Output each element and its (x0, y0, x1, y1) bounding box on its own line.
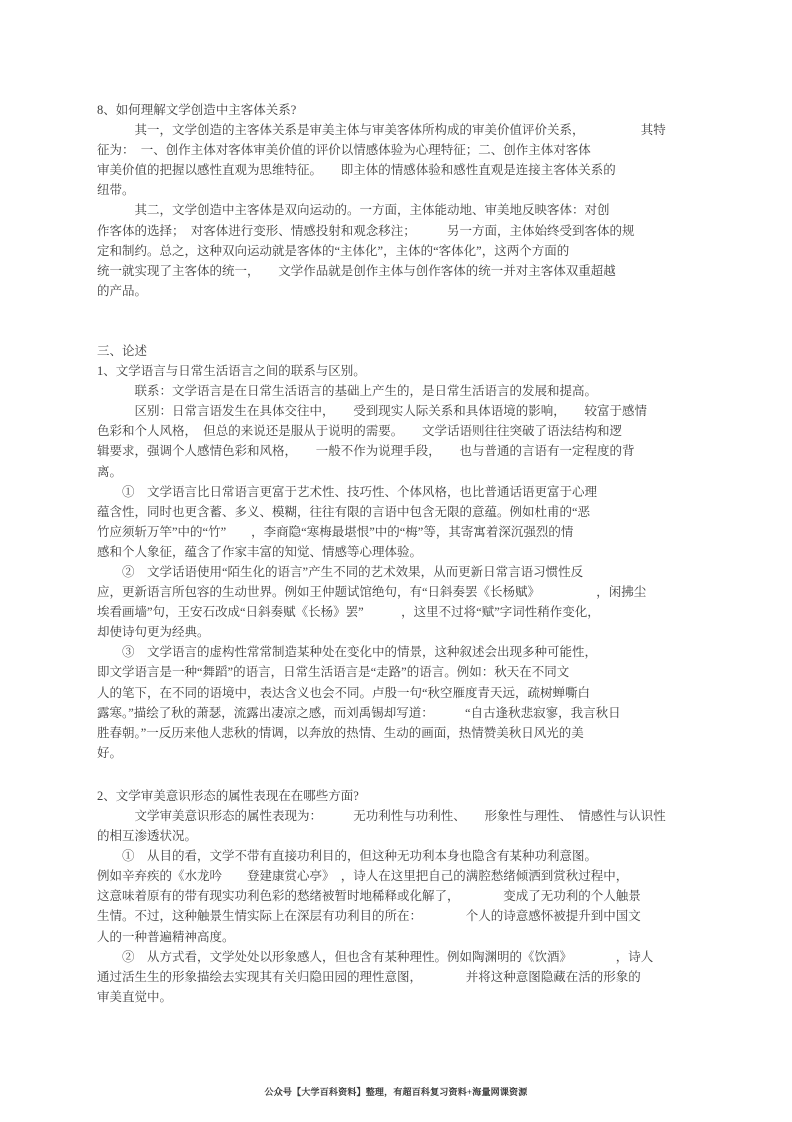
document-page: 8、如何理解文学创造中主客体关系? 其一，文学创造的主客体关系是审美主体与审美客… (0, 0, 792, 1122)
text-line: 感和个人象征，蕴含了作家丰富的知觉、情感等心理体验。 (97, 542, 699, 562)
text-line: 其一，文学创造的主客体关系是审美主体与审美客体所构成的审美价值评价关系， 其特 (97, 120, 699, 140)
text-line: 定和制约。总之，这种双向运动就是客体的“主体化”，主体的“客体化”，这两个方面的 (97, 241, 699, 261)
text-line: ③ 文学语言的虚构性常常制造某种处在变化中的情景，这种叙述会出现多种可能性， (97, 642, 699, 662)
text-line: 应，更新语言所包容的生动世界。例如王仲题试馆绝句，有“日斜奏罢《长杨赋》 ，闲拂… (97, 582, 699, 602)
text-line: ① 文学语言比日常语言更富于艺术性、技巧性、个体风格，也比普通话语更富于心理 (97, 482, 699, 502)
text-line: 离。 (97, 462, 699, 482)
text-line: 这意味着原有的带有现实功利色彩的愁绪被暂时地稀释或化解了， 变成了无功利的个人触… (97, 886, 699, 906)
text-line: ② 文学话语使用“陌生化的语言”产生不同的艺术效果，从而更新日常言语习惯性反 (97, 562, 699, 582)
paragraph-gap (97, 763, 699, 786)
text-line: 其二，文学创造中主客体是双向运动的。一方面，主体能动地、审美地反映客体：对创 (97, 200, 699, 220)
text-line: 色彩和个人风格， 但总的来说还是服从于说明的需要。 文学话语则往往突破了语法结构… (97, 421, 699, 441)
text-line: 文学审美意识形态的属性表现为： 无功利性与功利性、 形象性与理性、 情感性与认识… (97, 806, 699, 826)
text-line: 辑要求，强调个人感情色彩和风格， 一般不作为说理手段， 也与普通的言语有一定程度… (97, 441, 699, 461)
text-line: 人的笔下，在不同的语境中，表达含义也会不同。卢殷一句“秋空雁度青天远，疏树蝉嘶白 (97, 683, 699, 703)
text-line: 的相互渗透状况。 (97, 826, 699, 846)
text-line: 蕴含性，同时也更含蓄、多义、模糊，往往有限的言语中包含无限的意蕴。例如杜甫的“恶 (97, 502, 699, 522)
text-line: 8、如何理解文学创造中主客体关系? (97, 100, 699, 120)
text-line: 埃看画墙”句，王安石改成“日斜奏赋《长杨》罢” ，这里不过将“赋”字词性稍作变化… (97, 602, 699, 622)
text-line: 联系：文学语言是在日常生活语言的基础上产生的，是日常生活语言的发展和提高。 (97, 381, 699, 401)
paragraph-gap (97, 301, 699, 341)
text-line: 统一就实现了主客体的统一， 文学作品就是创作主体与创作客体的统一并对主客体双重超… (97, 261, 699, 281)
text-line: ① 从目的看，文学不带有直接功利目的，但这种无功利本身也隐含有某种功利意图。 (97, 846, 699, 866)
text-line: 2、文学审美意识形态的属性表现在在哪些方面? (97, 786, 699, 806)
text-line: 露寒。”描绘了秋的萧瑟，流露出凄凉之感，而刘禹锡却写道： “自古逢秋悲寂寥，我言… (97, 703, 699, 723)
text-line: 却使诗句更为经典。 (97, 622, 699, 642)
text-line: 征为： 一、创作主体对客体审美价值的评价以情感体验为心理特征；二、创作主体对客体 (97, 140, 699, 160)
text-line: 的产品。 (97, 281, 699, 301)
text-line: 三、论述 (97, 341, 699, 361)
text-line: 作客体的选择； 对客体进行变形、情感投射和观念移注； 另一方面，主体始终受到客体… (97, 221, 699, 241)
text-line: 1、文学语言与日常生活语言之间的联系与区别。 (97, 361, 699, 381)
text-line: ② 从方式看，文学处处以形象感人，但也含有某种理性。例如陶渊明的《饮酒》 ，诗人 (97, 947, 699, 967)
text-line: 审美价值的把握以感性直观为思维特征。 即主体的情感体验和感性直观是连接主客体关系… (97, 160, 699, 180)
text-line: 好。 (97, 743, 699, 763)
text-line: 例如辛弃疾的《水龙吟 登建康赏心亭》 ，诗人在这里把自己的满腔愁绪倾洒到赏秋过程… (97, 866, 699, 886)
text-line: 即文学语言是一种“舞蹈”的语言，日常生活语言是“走路”的语言。例如：秋天在不同文 (97, 662, 699, 682)
footer-note: 公众号【大学百科资料】整理，有超百科复习资料+海量网课资源 (0, 1085, 792, 1098)
text-line: 竹应须斩万竿”中的“竹” ，李商隐“寒梅最堪恨”中的“梅”等，其寄寓着深沉强烈的… (97, 522, 699, 542)
text-line: 区别：日常言语发生在具体交往中， 受到现实人际关系和具体语境的影响， 较富于感情 (97, 401, 699, 421)
text-line: 通过活生生的形象描绘去实现其有关归隐田园的理性意图， 并将这种意图隐藏在活的形象… (97, 967, 699, 987)
text-line: 审美直觉中。 (97, 987, 699, 1007)
text-line: 胜春朝。”一反历来他人悲秋的情调，以奔放的热情、生动的画面，热情赞美秋日风光的美 (97, 723, 699, 743)
text-line: 人的一种普遍精神高度。 (97, 927, 699, 947)
text-line: 生情。不过，这种触景生情实际上在深层有功利目的所在： 个人的诗意感怀被提升到中国… (97, 906, 699, 926)
text-line: 纽带。 (97, 180, 699, 200)
document-lines: 8、如何理解文学创造中主客体关系? 其一，文学创造的主客体关系是审美主体与审美客… (97, 100, 699, 1007)
